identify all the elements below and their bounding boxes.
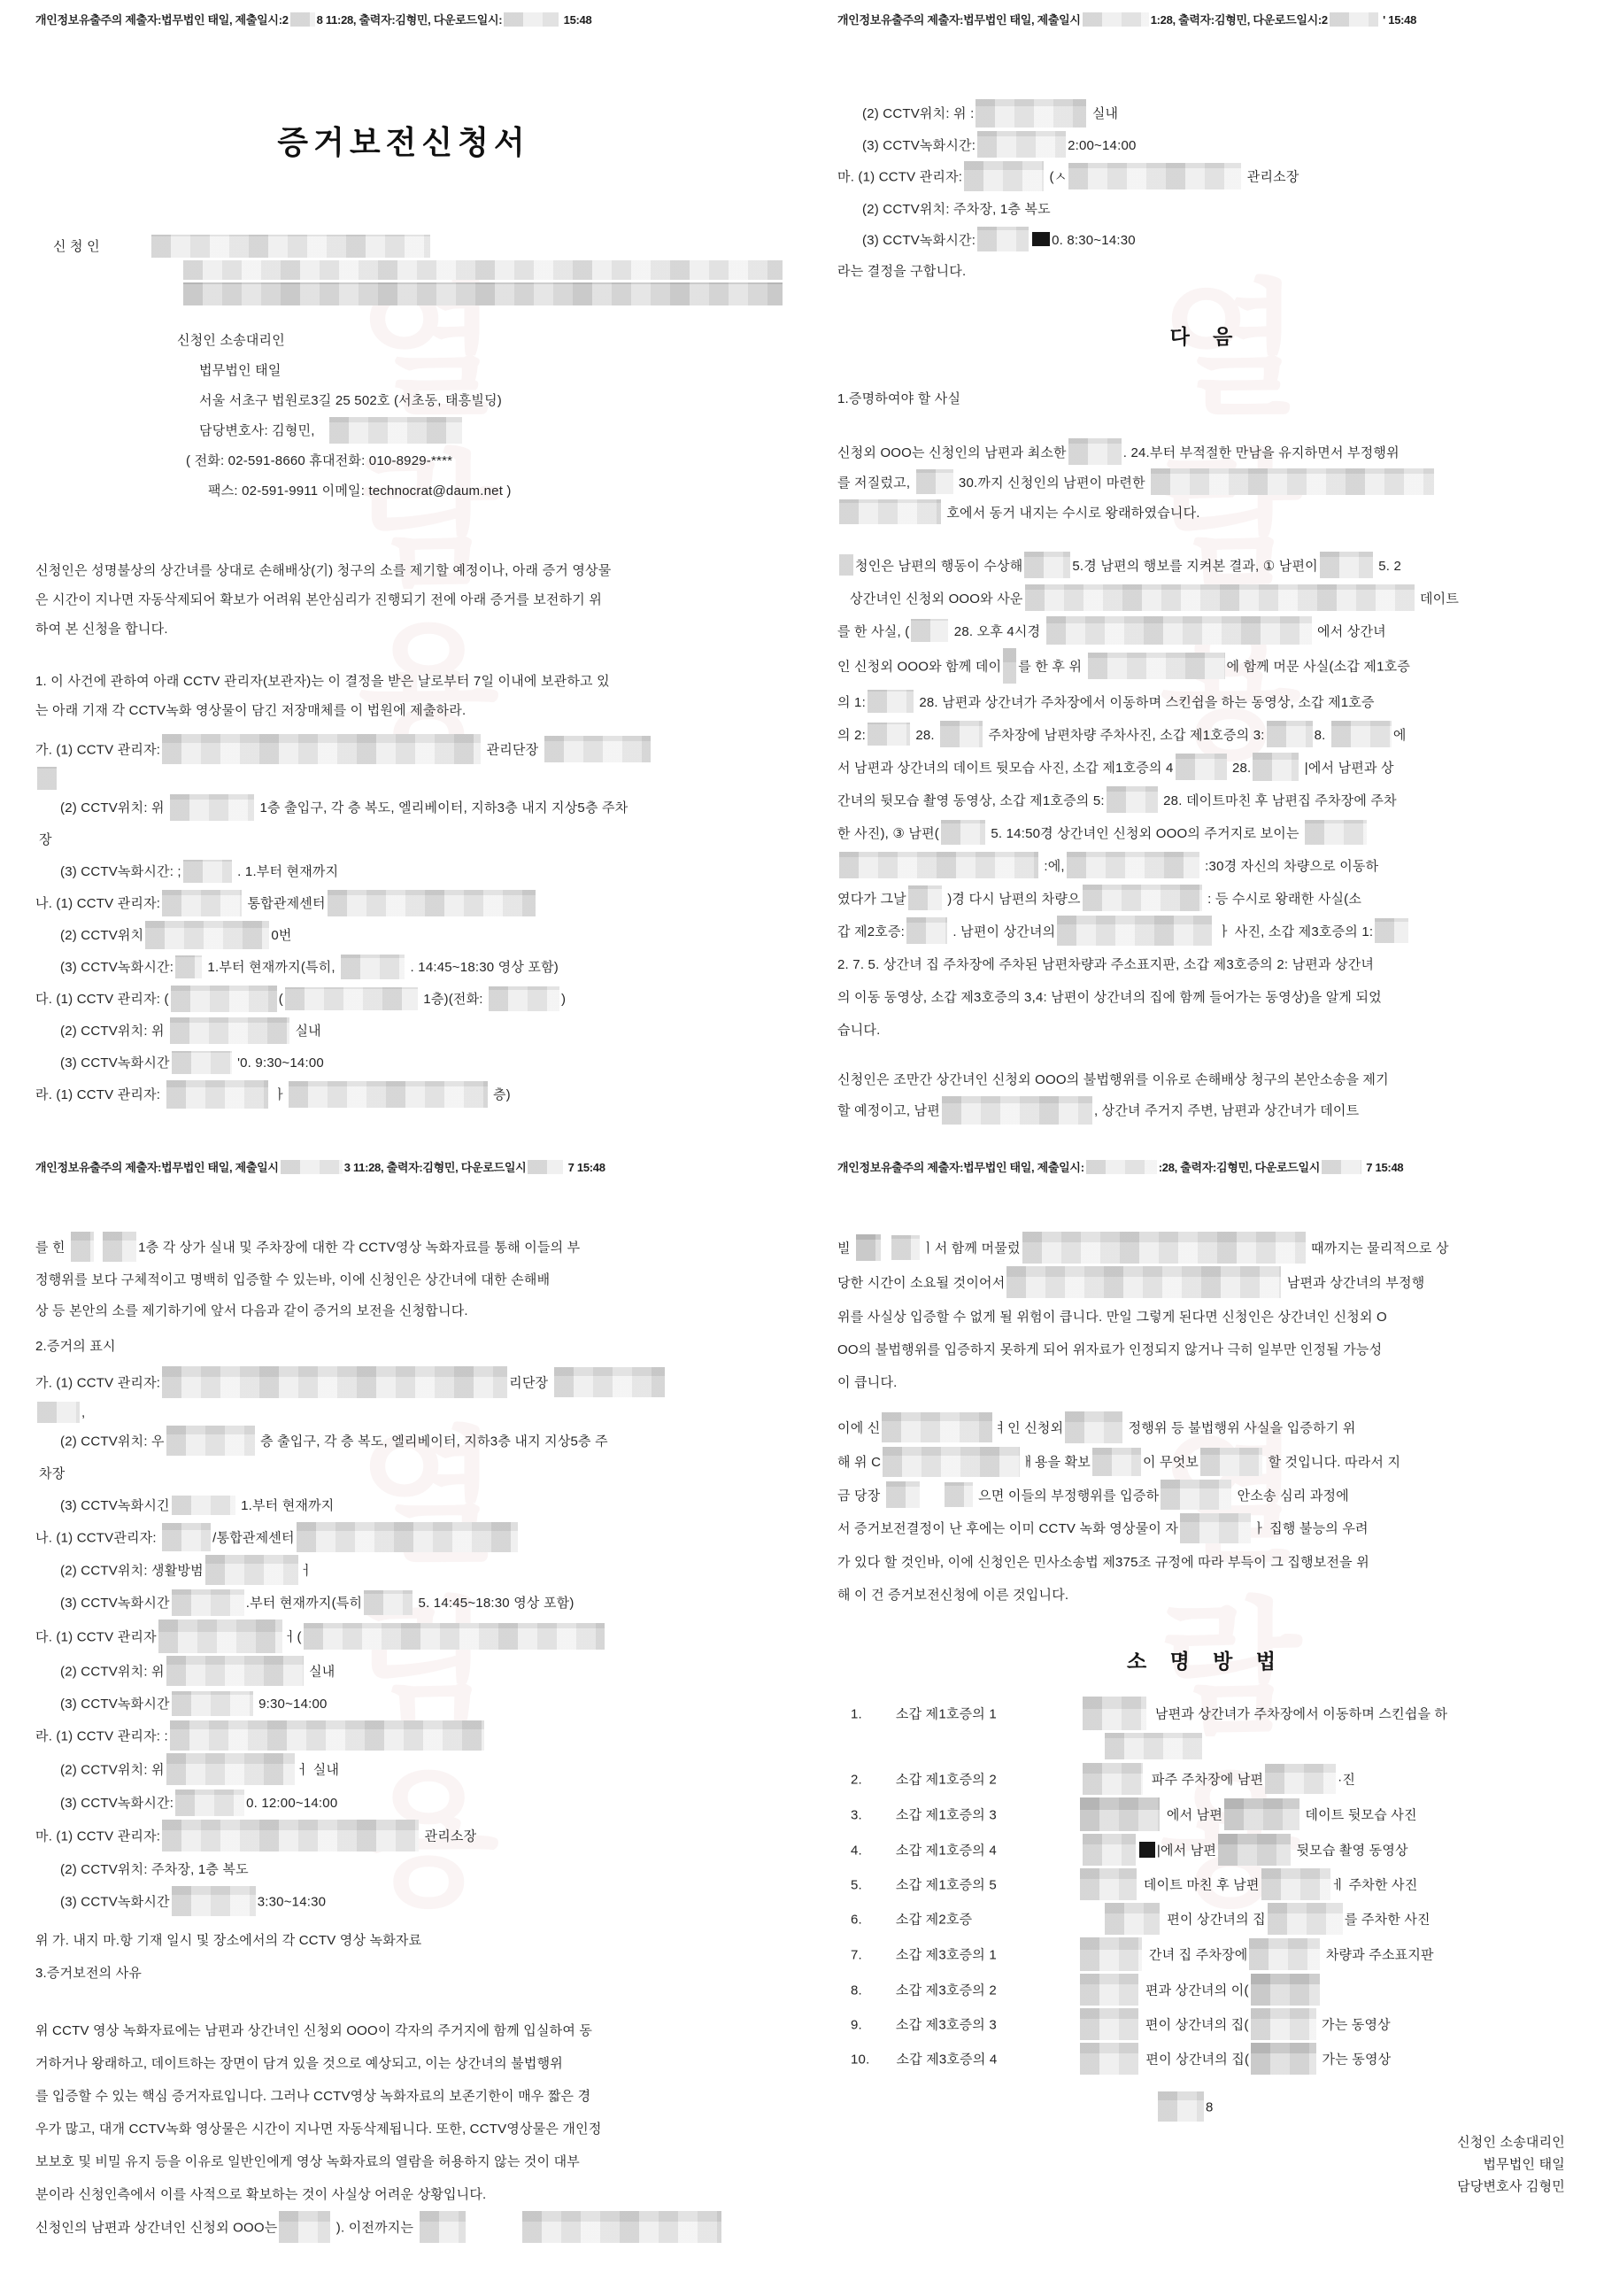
redaction-block bbox=[166, 1656, 304, 1686]
text-segment: 9. bbox=[851, 2017, 862, 2032]
text-segment: 신청인은 조만간 상간녀인 신청외 OOO의 불법행위를 이유로 손해배상 청구… bbox=[837, 1072, 1389, 1087]
text-segment: :28, 출력자:김형민, 다운로드일시 bbox=[1159, 1161, 1320, 1174]
text-segment: 상 등 본안의 소를 제기하기에 앞서 다음과 같이 증거의 보전을 신청합니다… bbox=[35, 1303, 468, 1318]
text-line bbox=[35, 282, 772, 308]
redaction-block bbox=[175, 1790, 244, 1816]
text-segment: 1층 각 상가 실내 및 주차장에 대한 각 CCTV영상 녹화자료를 통해 이… bbox=[138, 1241, 580, 1256]
text-segment: 장 bbox=[39, 832, 52, 847]
redaction-block bbox=[103, 1232, 136, 1262]
text-line: 4.소갑 제1호증의 4|에서 남편 뒷모습 촬영 동영상 bbox=[837, 1834, 1574, 1868]
text-segment: 소갑 제1호증의 2 bbox=[896, 1772, 997, 1787]
text-segment: 신청외 OOO는 신청인의 남편과 최소한 bbox=[837, 445, 1067, 460]
text-segment: 였다가 그날 bbox=[837, 892, 906, 907]
text-line: 은 시간이 지나면 자동삭제되어 확보가 어려워 본안심리가 진행되기 전에 아… bbox=[35, 585, 772, 615]
text-line: 빌 ㅣ서 함께 머물렀 때까지는 물리적으로 상 bbox=[837, 1232, 1574, 1266]
text-segment: 1.부터 현재까지(특히, bbox=[204, 960, 339, 975]
text-segment: 를 힌 bbox=[35, 1241, 69, 1256]
spacer bbox=[997, 2028, 1078, 2029]
text-segment: 은 시간이 지나면 자동삭제되어 확보가 어려워 본안심리가 진행되기 전에 아… bbox=[35, 592, 602, 607]
text-segment: 습니다. bbox=[837, 1023, 880, 1038]
page-body: 를 힌 1층 각 상가 실내 및 주차장에 대한 각 CCTV영상 녹화자료를 … bbox=[35, 1232, 772, 2246]
redaction-block bbox=[172, 1691, 253, 1716]
text-line: (3) CCTV녹화시간:0. 8:30~14:30 bbox=[837, 225, 1574, 256]
redaction-block bbox=[183, 282, 783, 305]
text-segment: 신청인 소송대리인 bbox=[177, 333, 285, 348]
text-segment: 당한 시간이 소요될 것이어서 bbox=[837, 1276, 1005, 1291]
text-line: 해 위 Cㅐ용을 확보이 무엇보 할 것입니다. 따라서 지 bbox=[837, 1446, 1574, 1480]
text-segment: 5.경 남편의 행보를 지켜본 결과, ① 남편이 bbox=[1072, 559, 1317, 574]
redaction-block bbox=[839, 852, 1038, 878]
text-segment: 으면 이들의 부정행위를 입증하 bbox=[975, 1488, 1159, 1504]
text-line: 를 입증할 수 있는 핵심 증거자료입니다. 그러나 CCTV영상 녹화자료의 … bbox=[35, 2080, 772, 2113]
text-segment: 우가 많고, 대개 CCTV녹화 영상물은 시간이 지나면 자동삭제됩니다. 또… bbox=[35, 2122, 602, 2137]
text-segment: 서울 서초구 법원로3길 25 502호 (서초동, 태흥빌딩) bbox=[199, 393, 502, 408]
text-line: 신청인 소송대리인 bbox=[837, 2131, 1574, 2153]
spacer bbox=[862, 1782, 896, 1783]
text-line: (2) CCTV위치0번 bbox=[35, 920, 772, 952]
redaction-block bbox=[162, 1820, 419, 1851]
text-segment: (2) CCTV위치: 우 bbox=[60, 1434, 165, 1449]
text-segment: 를 주차한 사진 bbox=[1345, 1912, 1430, 1927]
text-line: 습니다. bbox=[837, 1014, 1574, 1047]
text-segment: ) bbox=[561, 992, 566, 1007]
text-segment: 데이트 bbox=[1416, 591, 1459, 607]
text-line: 담당변호사 김형민 bbox=[837, 2176, 1574, 2198]
text-segment: 4. bbox=[851, 1843, 862, 1858]
text-line: 담당변호사: 김형민, bbox=[35, 416, 772, 446]
text-block: 위 CCTV 영상 녹화자료에는 남편과 상간녀인 신청외 OOO이 각자의 주… bbox=[35, 2014, 772, 2211]
spacer bbox=[997, 1853, 1081, 1854]
text-segment: 가 있다 할 것인바, 이에 신청인은 민사소송법 제375조 규정에 따라 부… bbox=[837, 1555, 1369, 1570]
spacer bbox=[862, 1888, 896, 1889]
text-segment: (2) CCTV위치: 생활방범 bbox=[60, 1564, 204, 1579]
text-line: 나. (1) CCTV 관리자: 통합관제센터 bbox=[35, 888, 772, 920]
text-line: 팩스: 02-591-9911 이메일: technocrat@daum.net… bbox=[35, 476, 772, 506]
text-segment: 실내 bbox=[291, 1024, 321, 1039]
text-block: 신청외 OOO는 신청인의 남편과 최소한. 24.부터 부적절한 만남을 유지… bbox=[837, 438, 1574, 529]
redaction-block bbox=[868, 723, 910, 746]
text-segment: 빌 bbox=[837, 1241, 854, 1256]
text-segment: (3) CCTV녹화시간 bbox=[60, 1697, 170, 1712]
text-line: 1. 이 사건에 관하여 아래 CCTV 관리자(보관자)는 이 결정을 받은 … bbox=[35, 667, 772, 696]
redaction-block bbox=[1105, 1733, 1202, 1759]
spacer bbox=[862, 1818, 896, 1819]
text-segment: 서 남편과 상간녀의 데이트 뒷모습 사진, 소갑 제1호증의 4 bbox=[837, 761, 1174, 776]
text-segment: 5. 14:50경 상간녀인 신청외 OOO의 주거지로 보이는 bbox=[987, 826, 1303, 841]
spacer bbox=[467, 2231, 521, 2232]
text-segment: 안소송 심리 과정에 bbox=[1233, 1488, 1349, 1504]
text-segment: 6. bbox=[851, 1912, 862, 1927]
text-line: 2. 7. 5. 상간녀 집 주차장에 주차된 남편차량과 주소표지판, 소갑 … bbox=[837, 948, 1574, 981]
spacer bbox=[869, 2062, 896, 2063]
text-segment: 1층)(전화: bbox=[420, 992, 487, 1007]
text-segment: 호에서 동거 내지는 수시로 왕래하였습니다. bbox=[943, 506, 1200, 521]
spacer bbox=[997, 1993, 1078, 1994]
text-segment: 5. 14:45~18:30 영상 포함) bbox=[414, 1596, 574, 1611]
text-segment: 때까지는 물리적으로 상 bbox=[1307, 1241, 1449, 1256]
text-segment: 간녀 집 주차장에 bbox=[1149, 1947, 1248, 1962]
redaction-block bbox=[162, 1523, 211, 1551]
document-title: 증거보전신청서 bbox=[35, 118, 772, 163]
text-line: 신청인은 조만간 상간녀인 신청외 OOO의 불법행위를 이유로 손해배상 청구… bbox=[837, 1064, 1574, 1095]
section-heading: 소 명 방 법 bbox=[837, 1642, 1574, 1681]
redaction-block bbox=[886, 1481, 920, 1508]
text-line: 보보호 및 비밀 유지 등을 이유로 일반인에게 영상 녹화자료의 열람을 허용… bbox=[35, 2145, 772, 2178]
spacer bbox=[862, 1993, 896, 1994]
text-block: 신청인의 남편과 상간녀인 신청외 OOO는 ). 이전까지는 bbox=[35, 2211, 772, 2246]
text-segment: (3) CCTV녹화시간 bbox=[60, 1055, 170, 1071]
redaction-block bbox=[1251, 2008, 1316, 2040]
text-segment: 소갑 제3호증의 2 bbox=[896, 1983, 997, 1998]
spacer bbox=[922, 1499, 943, 1500]
text-segment: 가는 동영상 bbox=[1318, 2052, 1391, 2067]
spacer bbox=[997, 2062, 1078, 2063]
text-line: 해 이 건 증거보전신청에 이른 것입니다. bbox=[837, 1579, 1574, 1612]
page-header: 개인정보유출주의 제출자:법무법인 태일, 제출일시::28, 출력자:김형민,… bbox=[837, 1158, 1574, 1177]
text-line: (2) CCTV위치: 생활방범ㅓ bbox=[35, 1555, 772, 1588]
spacer bbox=[862, 1958, 896, 1959]
text-segment: 28. 데이트마친 후 남편집 주차장에 주차 bbox=[1160, 793, 1397, 808]
text-line: 이 큽니다. bbox=[837, 1366, 1574, 1399]
text-block: 청인은 남편의 행동이 수상해5.경 남편의 행보를 지켜본 결과, ① 남편이… bbox=[837, 550, 1574, 1048]
redaction-block bbox=[1224, 1798, 1299, 1830]
spacer bbox=[315, 434, 328, 435]
redaction-block bbox=[522, 2211, 721, 2243]
text-segment: 해 위 C bbox=[837, 1455, 881, 1470]
text-line: 법무법인 태일 bbox=[35, 356, 772, 386]
text-line: 라는 결정을 구합니다. bbox=[837, 256, 1574, 287]
text-segment: 소갑 제3호증의 4 bbox=[896, 2052, 997, 2067]
spacer bbox=[862, 2028, 896, 2029]
text-segment: .부터 현재까지(특히 bbox=[246, 1596, 362, 1611]
text-segment: 가. (1) CCTV 관리자: bbox=[35, 1376, 160, 1391]
text-segment: '0. 9:30~14:00 bbox=[234, 1055, 324, 1071]
text-segment: :30경 자신의 차량으로 이동하 bbox=[1201, 859, 1379, 874]
text-segment: 편과 상간녀의 이( bbox=[1145, 1983, 1249, 1998]
redaction-block bbox=[856, 1234, 881, 1261]
text-segment: 소갑 제3호증의 1 bbox=[896, 1947, 997, 1962]
spacer bbox=[997, 1888, 1078, 1889]
text-segment: (3) CCTV녹화시간 bbox=[60, 1895, 170, 1910]
redaction-block bbox=[940, 721, 983, 747]
redaction-block bbox=[945, 1482, 973, 1507]
redaction-block bbox=[1261, 1868, 1330, 1900]
text-segment: : 등 수시로 왕래한 사실(소 bbox=[1204, 892, 1361, 907]
text-segment: 편이 상간녀의 집( bbox=[1145, 2017, 1249, 2032]
redaction-block bbox=[151, 235, 430, 258]
redaction-block bbox=[1251, 2043, 1316, 2075]
text-line: 가. (1) CCTV 관리자: 관리단장 bbox=[35, 734, 772, 767]
text-line: 는 아래 기재 각 CCTV녹화 영상물이 담긴 저장매체를 이 법원에 제출하… bbox=[35, 696, 772, 725]
text-line: 할 예정이고, 남편, 상간녀 주거지 주변, 남편과 상간녀가 데이트 bbox=[837, 1095, 1574, 1127]
redaction-block bbox=[170, 1017, 289, 1044]
text-line: 신청인의 남편과 상간녀인 신청외 OOO는 ). 이전까지는 bbox=[35, 2211, 772, 2246]
redaction-block bbox=[1080, 1797, 1160, 1831]
text-segment: 1:28, 출력자:김형민, 다운로드일시:2 bbox=[1151, 13, 1328, 27]
redaction-block bbox=[1330, 12, 1378, 27]
section-heading: 다 음 bbox=[837, 317, 1574, 356]
text-line: (2) CCTV위치: 주차장, 1층 복도 bbox=[837, 194, 1574, 225]
text-segment: :에, bbox=[1040, 859, 1065, 874]
page-header: 개인정보유출주의 제출자:법무법인 태일, 제출일시1:28, 출력자:김형민,… bbox=[837, 11, 1574, 29]
text-line: (2) CCTV위치: 위 실내 bbox=[35, 1016, 772, 1048]
text-segment: (3) CCTV녹화시간 bbox=[60, 1596, 170, 1611]
text-line: 서 증거보전결정이 난 후에는 이미 CCTV 녹화 영상물이 자ㅏ 집행 불능… bbox=[837, 1512, 1574, 1546]
text-segment: (3) CCTV녹화시간: bbox=[862, 138, 976, 153]
text-segment: 소갑 제1호증의 4 bbox=[896, 1843, 997, 1858]
text-segment: 할 예정이고, 남편 bbox=[837, 1103, 940, 1118]
redaction-block bbox=[977, 227, 1029, 251]
text-line: :에, :30경 자신의 차량으로 이동하 bbox=[837, 850, 1574, 883]
text-segment: ㅏ 사진, 소갑 제3호증의 1: bbox=[1214, 924, 1373, 939]
redaction-block bbox=[162, 890, 242, 916]
redaction-block bbox=[528, 1160, 563, 1174]
redaction-block bbox=[1253, 753, 1299, 781]
text-line: 위 CCTV 영상 녹화자료에는 남편과 상간녀인 신청외 OOO이 각자의 주… bbox=[35, 2014, 772, 2047]
text-line bbox=[837, 1733, 1574, 1763]
text-line: 마. (1) CCTV 관리자: (ㅅ 관리소장 bbox=[837, 161, 1574, 194]
text-segment: 법무법인 태일 bbox=[199, 363, 281, 378]
text-segment: 3. bbox=[851, 1807, 862, 1822]
text-segment: 7. bbox=[851, 1947, 862, 1962]
text-segment: 파주 주차장에 남편 bbox=[1152, 1772, 1263, 1787]
text-line: 를 힌 1층 각 상가 실내 및 주차장에 대한 각 CCTV영상 녹화자료를 … bbox=[35, 1232, 772, 1264]
text-segment: ). 이전까지는 bbox=[332, 2221, 417, 2236]
redaction-block bbox=[1067, 852, 1199, 878]
redaction-block bbox=[839, 554, 853, 576]
text-block: 빌 ㅣ서 함께 머물렀 때까지는 물리적으로 상당한 시간이 소요될 것이어서 … bbox=[837, 1232, 1574, 1399]
text-segment: ㅕ인 신청외 bbox=[994, 1421, 1063, 1436]
redaction-block bbox=[1151, 468, 1434, 495]
redaction-block bbox=[977, 131, 1066, 158]
text-line: 를 저질렀고, 30.까지 신청인의 남편이 마련한 bbox=[837, 468, 1574, 499]
text-line: ( 전화: 02-591-8660 휴대전화: 010-8929-**** bbox=[35, 446, 772, 476]
text-segment: 보보호 및 비밀 유지 등을 이유로 일반인에게 영상 녹화자료의 열람을 허용… bbox=[35, 2154, 580, 2169]
text-segment: 편이 상간녀의 집 bbox=[1167, 1912, 1266, 1927]
text-line: 5.소갑 제1호증의 5데이트 마친 후 남편ㅔ 주차한 사진 bbox=[837, 1868, 1574, 1903]
redaction-block bbox=[1331, 721, 1392, 747]
text-segment: |에서 남편과 상 bbox=[1300, 761, 1393, 776]
redaction-block bbox=[941, 820, 985, 845]
redaction-block bbox=[489, 986, 559, 1011]
text-block: 1. 이 사건에 관하여 아래 CCTV 관리자(보관자)는 이 결정을 받은 … bbox=[35, 667, 772, 725]
text-line: 였다가 그날 )경 다시 남편의 차량으 : 등 수시로 왕래한 사실(소 bbox=[837, 883, 1574, 916]
text-segment: 나. (1) CCTV 관리자: bbox=[35, 896, 160, 911]
text-line: 1.소갑 제1호증의 1남편과 상간녀가 주차장에서 이동하며 스킨쉽을 하 bbox=[837, 1697, 1574, 1733]
text-segment: 리단장 bbox=[509, 1376, 551, 1391]
text-block: (2) CCTV위치: 위 : 실내(3) CCTV녹화시간:2:00~14:0… bbox=[837, 98, 1574, 287]
text-line: 나. (1) CCTV관리자: /통합관제센터 bbox=[35, 1522, 772, 1555]
text-line: 거하거나 왕래하고, 데이트하는 장면이 담겨 있을 것으로 예상되고, 이는 … bbox=[35, 2047, 772, 2080]
page-body: (2) CCTV위치: 위 : 실내(3) CCTV녹화시간:2:00~14:0… bbox=[837, 98, 1574, 1127]
text-block: 가. (1) CCTV 관리자: 관리단장 (2) CCTV위치: 위 1층 출… bbox=[35, 734, 772, 1111]
redaction-block bbox=[1265, 1764, 1336, 1794]
redaction-block bbox=[1088, 653, 1225, 679]
text-segment: 담당변호사: 김형민, bbox=[199, 423, 315, 438]
redaction-block bbox=[162, 1366, 507, 1398]
text-segment: , bbox=[81, 1405, 85, 1420]
redaction-block bbox=[908, 885, 942, 910]
text-segment: 10. bbox=[851, 2052, 869, 2067]
text-segment: 거하거나 왕래하고, 데이트하는 장면이 담겨 있을 것으로 예상되고, 이는 … bbox=[35, 2056, 563, 2071]
text-line: 간녀의 뒷모습 촬영 동영상, 소갑 제1호증의 5: 28. 데이트마친 후 … bbox=[837, 785, 1574, 817]
text-block: 신청인은 성명불상의 상간녀를 상대로 손해배상(기) 청구의 소를 제기할 예… bbox=[35, 556, 772, 644]
redaction-block bbox=[554, 1367, 665, 1397]
text-line: 장 bbox=[35, 824, 772, 856]
redaction-block bbox=[1080, 1868, 1137, 1900]
text-segment: 관리소장 bbox=[420, 1829, 476, 1844]
text-segment: . 1.부터 현재까지 bbox=[234, 864, 339, 879]
spacer bbox=[862, 1922, 896, 1923]
text-segment: (3) CCTV녹화시간: bbox=[862, 233, 976, 248]
redaction-block bbox=[1107, 786, 1158, 813]
text-line: 호에서 동거 내지는 수시로 왕래하였습니다. bbox=[837, 499, 1574, 529]
spacer bbox=[883, 1252, 890, 1253]
text-segment: (2) CCTV위치: 주차장, 1층 복도 bbox=[862, 202, 1051, 217]
redaction-block bbox=[285, 987, 418, 1010]
redaction-block bbox=[1083, 885, 1202, 911]
text-line: 서울 서초구 법원로3길 25 502호 (서초동, 태흥빌딩) bbox=[35, 386, 772, 416]
page-3: 열람용 개인정보유출주의 제출자:법무법인 태일, 제출일시3 11:28, 출… bbox=[0, 1148, 802, 2296]
text-segment: 간녀의 뒷모습 촬영 동영상, 소갑 제1호증의 5: bbox=[837, 793, 1105, 808]
document-canvas: 열람용 개인정보유출주의 제출자:법무법인 태일, 제출일시:28 11:28,… bbox=[0, 0, 1604, 2296]
text-segment: 7 15:48 bbox=[1363, 1161, 1403, 1174]
text-line: (3) CCTV녹화시간3:30~14:30 bbox=[35, 1886, 772, 1919]
text-segment: 3 11:28, 출력자:김형민, 다운로드일시 bbox=[344, 1161, 527, 1174]
text-segment: 마. (1) CCTV 관리자: bbox=[837, 169, 962, 184]
text-segment: 이 무엇보 bbox=[1143, 1455, 1199, 1470]
text-segment: 신청인 소송대리인 bbox=[1457, 2135, 1565, 2150]
text-segment: 서 증거보전결정이 난 후에는 이미 CCTV 녹화 영상물이 자 bbox=[837, 1521, 1178, 1536]
text-line: , bbox=[35, 1401, 772, 1426]
redaction-block bbox=[1251, 1974, 1320, 2006]
redaction-block bbox=[1249, 1938, 1320, 1970]
text-segment: 뒷모습 촬영 동영상 bbox=[1292, 1843, 1408, 1858]
redaction-block bbox=[1105, 1903, 1160, 1935]
text-segment: 라. (1) CCTV 관리자: bbox=[35, 1087, 165, 1102]
page-4: 열람용 개인정보유출주의 제출자:법무법인 태일, 제출일시::28, 출력자:… bbox=[802, 1148, 1604, 2296]
redaction-block bbox=[1003, 648, 1016, 684]
redaction-block bbox=[1268, 1903, 1343, 1935]
redaction-block bbox=[364, 1590, 413, 1615]
text-segment: 개인정보유출주의 제출자:법무법인 태일, 제출일시: bbox=[837, 1161, 1084, 1174]
page-header: 개인정보유출주의 제출자:법무법인 태일, 제출일시:28 11:28, 출력자… bbox=[35, 11, 772, 29]
text-segment: (2) CCTV위치: 위 bbox=[60, 800, 168, 816]
text-line: 갑 제2호증: . 남편이 상간녀의 ㅏ 사진, 소갑 제3호증의 1: bbox=[837, 916, 1574, 949]
text-segment: (2) CCTV위치: 위 bbox=[60, 1024, 168, 1039]
spacer bbox=[862, 1717, 896, 1718]
text-line: (2) CCTV위치: 우 층 출입구, 각 층 복도, 엘리베이터, 지하3층… bbox=[35, 1426, 772, 1458]
text-line: 분이라 신청인측에서 이를 사적으로 확보하는 것이 사실상 어려운 상황입니다… bbox=[35, 2178, 772, 2211]
text-segment: (2) CCTV위치 bbox=[60, 928, 143, 943]
text-line: 신청외 OOO는 신청인의 남편과 최소한. 24.부터 부적절한 만남을 유지… bbox=[837, 438, 1574, 468]
text-line: 청인은 남편의 행동이 수상해5.경 남편의 행보를 지켜본 결과, ① 남편이… bbox=[837, 550, 1574, 583]
redaction-block bbox=[281, 1160, 343, 1174]
text-segment: 15:48 bbox=[560, 13, 591, 27]
redaction-block bbox=[868, 690, 914, 713]
redaction-block bbox=[1083, 12, 1149, 27]
text-line: 하여 본 신청을 합니다. bbox=[35, 615, 772, 644]
text-segment: 위를 사실상 입증할 수 없게 될 위험이 큽니다. 만일 그렇게 된다면 신청… bbox=[837, 1310, 1387, 1325]
redaction-block bbox=[205, 1555, 298, 1585]
text-block: 위 가. 내지 마.항 기재 일시 및 장소에서의 각 CCTV 영상 녹화자료 bbox=[35, 1926, 772, 1955]
text-line: 신 청 인 bbox=[35, 234, 772, 260]
text-line: 차장 bbox=[35, 1458, 772, 1490]
text-segment: 분이라 신청인측에서 이를 사적으로 확보하는 것이 사실상 어려운 상황입니다… bbox=[35, 2187, 486, 2202]
text-segment: )경 다시 남편의 차량으 bbox=[944, 892, 1081, 907]
text-line: 다. (1) CCTV 관리자: (( 1층)(전화: ) bbox=[35, 984, 772, 1016]
spacer bbox=[997, 1958, 1078, 1959]
text-segment: 팩스: 02-591-9911 이메일: technocrat@daum.net… bbox=[208, 483, 512, 499]
redaction-block bbox=[882, 1412, 992, 1442]
text-line: OO의 불법행위를 입증하지 못하게 되어 위자료가 인정되지 않거나 극히 일… bbox=[837, 1334, 1574, 1366]
text-line: 상간녀인 신청외 OOO와 사운 데이트 bbox=[837, 583, 1574, 615]
redaction-block bbox=[911, 619, 948, 642]
redaction-block bbox=[1080, 2043, 1138, 2075]
spacer bbox=[1148, 1717, 1155, 1718]
redaction-block bbox=[906, 917, 947, 944]
text-line bbox=[35, 767, 772, 792]
text-segment: 3:30~14:30 bbox=[258, 1895, 327, 1910]
page-header: 개인정보유출주의 제출자:법무법인 태일, 제출일시3 11:28, 출력자:김… bbox=[35, 1158, 772, 1177]
text-segment: 소갑 제2호증 bbox=[896, 1912, 972, 1927]
redaction-block bbox=[1320, 552, 1373, 578]
text-segment: 소갑 제1호증의 3 bbox=[896, 1807, 997, 1822]
redaction-block bbox=[172, 1589, 244, 1616]
redaction-block bbox=[942, 1096, 1092, 1125]
text-segment: 가는 동영상 bbox=[1318, 2017, 1391, 2032]
text-line: 2.소갑 제1호증의 2파주 주차장에 남편·진 bbox=[837, 1763, 1574, 1797]
text-line: 의 이동 동영상, 소갑 제3호증의 3,4: 남편이 상간녀의 집에 함께 들… bbox=[837, 981, 1574, 1014]
redaction-block bbox=[1200, 1448, 1262, 1476]
text-line: 신청인 소송대리인 bbox=[35, 326, 772, 356]
text-segment: 의 1: bbox=[837, 695, 866, 710]
text-segment: 데이트 뒷모습 사진 bbox=[1301, 1807, 1417, 1822]
text-segment: 5. bbox=[851, 1877, 862, 1892]
redaction-block bbox=[1080, 1974, 1138, 2006]
text-segment: 30.까지 신청인의 남편이 마련한 bbox=[955, 475, 1150, 491]
redaction-block bbox=[304, 1623, 605, 1650]
text-segment: 청인은 남편의 행동이 수상해 bbox=[855, 559, 1022, 574]
text-segment: 의 2: bbox=[837, 728, 866, 743]
text-segment: |에서 남편 bbox=[1157, 1843, 1216, 1858]
text-segment: /통합관제센터 bbox=[212, 1531, 295, 1546]
text-line: 가. (1) CCTV 관리자:리단장 bbox=[35, 1366, 772, 1401]
text-line: 위를 사실상 입증할 수 없게 될 위험이 큽니다. 만일 그렇게 된다면 신청… bbox=[837, 1301, 1574, 1334]
redaction-block bbox=[71, 1232, 94, 1262]
text-segment: 를 입증할 수 있는 핵심 증거자료입니다. 그러나 CCTV영상 녹화자료의 … bbox=[35, 2089, 590, 2104]
text-block: 신청인 소송대리인법무법인 태일담당변호사 김형민 bbox=[837, 2131, 1574, 2198]
text-line: 다. (1) CCTV 관리자ㅓ( bbox=[35, 1620, 772, 1656]
text-block: 2.증거의 표시 bbox=[35, 1332, 772, 1361]
redaction-block bbox=[172, 1886, 256, 1916]
text-segment: 를 한 사실, ( bbox=[837, 624, 909, 639]
redaction-block bbox=[162, 734, 481, 764]
redaction-block bbox=[420, 2211, 466, 2243]
redaction-block bbox=[175, 955, 202, 978]
text-segment: (3) CCTV녹화시간: ; bbox=[60, 864, 181, 879]
redaction-block bbox=[1180, 1513, 1251, 1543]
text-segment: ㅐ용을 확보 bbox=[1022, 1455, 1091, 1470]
text-segment: 가. (1) CCTV 관리자: bbox=[35, 743, 160, 758]
text-line: 3.소갑 제1호증의 3에서 남편 데이트 뒷모습 사진 bbox=[837, 1797, 1574, 1834]
text-line: 8.소갑 제3호증의 2편과 상간녀의 이( bbox=[837, 1974, 1574, 2008]
text-line: (2) CCTV위치: 위 : 실내 bbox=[837, 98, 1574, 130]
text-segment: 차장 bbox=[39, 1466, 65, 1481]
redaction-block bbox=[1065, 1411, 1122, 1443]
text-segment: 실내 bbox=[1088, 106, 1118, 121]
text-segment: ㅣ서 함께 머물렀 bbox=[922, 1241, 1021, 1256]
